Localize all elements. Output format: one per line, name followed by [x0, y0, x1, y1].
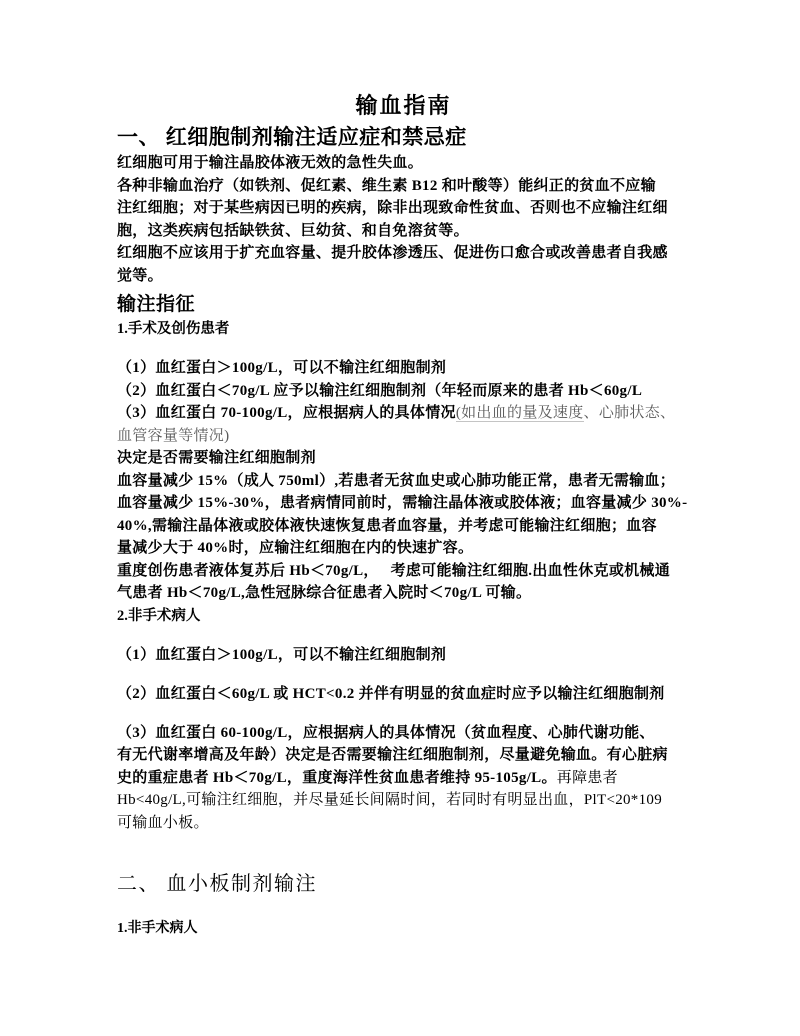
text-run: 2.非手术病人: [117, 608, 200, 624]
text-line: （1）血红蛋白＞100g/L，可以不输注红细胞制剂: [117, 357, 690, 380]
text-line: （3）血红蛋白 60-100g/L，应根据病人的具体情况（贫血程度、心肺代谢功能…: [117, 722, 690, 745]
text-run: Hb<40g/L,可输注红细胞，并尽量延长间隔时间，若同时有明显出血，PlT<2…: [117, 792, 662, 808]
text-line: 胞，这类疾病包括缺铁贫、巨幼贫、和自免溶贫等。: [117, 220, 690, 243]
text-run: 一、 红细胞制剂输注适应症和禁忌症: [117, 125, 467, 149]
text-run: (如出血的量及速度: [456, 405, 584, 422]
text-run: 胞，这类疾病包括缺铁贫、巨幼贫、和自免溶贫等。: [117, 223, 469, 239]
text-line: 觉等。: [117, 265, 690, 288]
text-run: 有无代谢率增高及年龄）决定是否需要输注红细胞制剂，尽量避免输血。有心脏病: [117, 747, 668, 763]
text-run: （1）血红蛋白＞100g/L，可以不输注红细胞制剂: [117, 360, 446, 376]
text-line: 40%,需输注晶体液或胶体液快速恢复患者血容量，并考虑可能输注红细胞；血容: [117, 515, 690, 538]
text-line: 史的重症患者 Hb＜70g/L，重度海洋性贫血患者维持 95-105g/L。再障…: [117, 767, 690, 790]
text-line: 决定是否需要输注红细胞制剂: [117, 447, 690, 470]
sub-heading: 1.非手术病人: [117, 918, 690, 940]
text-run: 输血指南: [355, 93, 451, 118]
text-line: （2）血红蛋白＜70g/L 应予以输注红细胞制剂（年轻而原来的患者 Hb＜60g…: [117, 380, 690, 403]
text-run: 重度创伤患者液体复苏后 Hb＜70g/L， 考虑可能输注红细胞.出血性休克或机械…: [117, 563, 670, 579]
text-run: （2）血红蛋白＜70g/L 应予以输注红细胞制剂（年轻而原来的患者 Hb＜60g…: [117, 383, 642, 399]
text-line: （2）血红蛋白＜60g/L 或 HCT<0.2 并伴有明显的贫血症时应予以输注红…: [117, 683, 690, 706]
text-line: Hb<40g/L,可输注红细胞，并尽量延长间隔时间，若同时有明显出血，PlT<2…: [117, 789, 690, 812]
text-line: 有无代谢率增高及年龄）决定是否需要输注红细胞制剂，尽量避免输血。有心脏病: [117, 744, 690, 767]
text-run: 注红细胞；对于某些病因已明的疾病，除非出现致命性贫血、否则也不应输注红细: [117, 200, 668, 216]
text-line: 红细胞可用于输注晶胶体液无效的急性失血。: [117, 152, 690, 175]
text-run: 气患者 Hb＜70g/L,急性冠脉综合征患者入院时＜70g/L 可输。: [117, 585, 531, 601]
section-heading: 输注指征: [117, 291, 690, 318]
text-run: 血管容量等情况): [117, 428, 229, 444]
sub-heading: 1.手术及创伤患者: [117, 318, 690, 341]
text-line: 可输血小板。: [117, 812, 690, 835]
document-body: 输血指南一、 红细胞制剂输注适应症和禁忌症红细胞可用于输注晶胶体液无效的急性失血…: [117, 90, 690, 940]
text-run: 再障患者: [557, 770, 618, 786]
text-line: 红细胞不应该用于扩充血容量、提升胶体渗透压、促进伤口愈合或改善患者自我感: [117, 242, 690, 265]
text-line: （3）血红蛋白 70-100g/L，应根据病人的具体情况(如出血的量及速度、心肺…: [117, 402, 690, 425]
text-run: 输注指征: [117, 294, 195, 315]
text-run: （3）血红蛋白 70-100g/L，应根据病人的具体情况: [117, 405, 456, 421]
text-line: （1）血红蛋白＞100g/L，可以不输注红细胞制剂: [117, 644, 690, 667]
text-run: 1.手术及创伤患者: [117, 321, 229, 337]
text-line: 量减少大于 40%时，应输注红细胞在内的快速扩容。: [117, 537, 690, 560]
text-run: 各种非输血治疗（如铁剂、促红素、维生素 B12 和叶酸等）能纠正的贫血不应输: [117, 178, 656, 194]
text-run: （2）血红蛋白＜60g/L 或 HCT<0.2 并伴有明显的贫血症时应予以输注红…: [117, 686, 665, 702]
text-line: 各种非输血治疗（如铁剂、促红素、维生素 B12 和叶酸等）能纠正的贫血不应输: [117, 175, 690, 198]
blank-line: [117, 341, 690, 358]
document-page: 输血指南一、 红细胞制剂输注适应症和禁忌症红细胞可用于输注晶胶体液无效的急性失血…: [0, 0, 800, 1036]
blank-line: [117, 627, 690, 644]
text-line: 血容量减少 15%-30%，患者病情同前时，需输注晶体液或胶体液；血容量减少 3…: [117, 492, 690, 515]
text-run: 量减少大于 40%时，应输注红细胞在内的快速扩容。: [117, 540, 473, 556]
text-line: 注红细胞；对于某些病因已明的疾病，除非出现致命性贫血、否则也不应输注红细: [117, 197, 690, 220]
text-run: 可输血小板。: [117, 815, 209, 831]
text-line: 重度创伤患者液体复苏后 Hb＜70g/L， 考虑可能输注红细胞.出血性休克或机械…: [117, 560, 690, 583]
blank-line: [117, 705, 690, 722]
text-run: 血容量减少 15%-30%，患者病情同前时，需输注晶体液或胶体液；血容量减少 3…: [117, 495, 687, 511]
text-run: 二、 血小板制剂输注: [117, 873, 317, 895]
text-run: 红细胞可用于输注晶胶体液无效的急性失血。: [117, 155, 423, 171]
sub-heading: 2.非手术病人: [117, 605, 690, 628]
text-run: 、心肺状态、: [584, 405, 676, 421]
text-run: 觉等。: [117, 268, 163, 284]
section-heading: 二、 血小板制剂输注: [117, 870, 690, 898]
document-title: 输血指南: [117, 90, 690, 122]
text-run: 40%,需输注晶体液或胶体液快速恢复患者血容量，并考虑可能输注红细胞；血容: [117, 518, 657, 534]
text-line: 血管容量等情况): [117, 425, 690, 448]
text-run: 血容量减少 15%（成人 750ml）,若患者无贫血史或心肺功能正常，患者无需输…: [117, 473, 675, 489]
text-run: 红细胞不应该用于扩充血容量、提升胶体渗透压、促进伤口愈合或改善患者自我感: [117, 245, 668, 261]
blank-line: [117, 666, 690, 683]
text-line: 血容量减少 15%（成人 750ml）,若患者无贫血史或心肺功能正常，患者无需输…: [117, 470, 690, 493]
text-run: 决定是否需要输注红细胞制剂: [117, 450, 316, 466]
text-run: （1）血红蛋白＞100g/L，可以不输注红细胞制剂: [117, 647, 446, 663]
text-run: （3）血红蛋白 60-100g/L，应根据病人的具体情况（贫血程度、心肺代谢功能…: [117, 725, 655, 741]
text-run: 1.非手术病人: [117, 921, 198, 936]
section-heading: 一、 红细胞制剂输注适应症和禁忌症: [117, 122, 690, 152]
text-run: 史的重症患者 Hb＜70g/L，重度海洋性贫血患者维持 95-105g/L。: [117, 770, 557, 786]
text-line: 气患者 Hb＜70g/L,急性冠脉综合征患者入院时＜70g/L 可输。: [117, 582, 690, 605]
